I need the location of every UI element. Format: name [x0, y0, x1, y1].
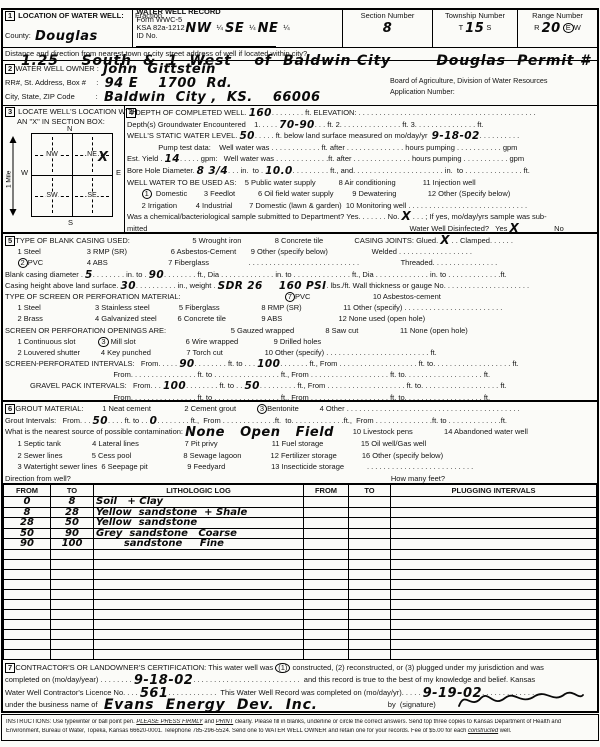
log-to-cell: [51, 639, 94, 649]
section6-grout-material: 6 GROUT MATERIAL: 1 Neat cement 2 Cement…: [3, 402, 597, 484]
printed-text: Water Well Contractor's Licence No. . . …: [5, 688, 140, 697]
plug-to-cell: [349, 639, 391, 649]
plugging-cell: [391, 518, 597, 529]
printed-text: Domestic 3 Feedlot 6 Oil field water sup…: [152, 189, 510, 198]
lithology-cell: [94, 549, 304, 559]
log-from-header: FROM: [4, 485, 51, 497]
printed-text: by (signature): [388, 700, 436, 709]
printed-text: 1 Steel 3 RMP (SR) 6 Asbestos-Cement 9 O…: [5, 247, 472, 256]
plugging-cell: [391, 507, 597, 518]
plug-to-cell: [349, 549, 391, 559]
section1-title: LOCATION OF WATER WELL:: [18, 11, 124, 20]
section6-number-badge: 6: [5, 404, 15, 414]
plug-from-cell: [304, 599, 349, 609]
log-table-row: 90100 sandstone Fine: [4, 539, 597, 550]
plug-from-cell: [304, 539, 349, 550]
section7-number-badge: 7: [5, 663, 15, 673]
form-line: Pump test data: Well water was . . . . .…: [127, 142, 597, 154]
plugging-cell: [391, 579, 597, 589]
printed-text: Casing height above land surface.: [5, 281, 121, 290]
log-table-row: [4, 609, 597, 619]
section6-lines: GROUT MATERIAL: 1 Neat cement 2 Cement g…: [5, 403, 597, 484]
plug-to-cell: [349, 569, 391, 579]
log-table-row: 2850Yellow sandstone: [4, 518, 597, 529]
log-table-row: 828Yellow sandstone + Shale: [4, 507, 597, 518]
plugging-cell: [391, 497, 597, 508]
printed-text: How many feet?: [391, 474, 445, 483]
printed-text: . . . . . . . . . . . . This Water Well …: [168, 688, 422, 697]
business-name-value: Evans Energy Dev. Inc.: [104, 697, 318, 713]
section3-title-line2: AN "X" IN SECTION BOX:: [5, 117, 122, 127]
form-line: WELL'S STATIC WATER LEVEL. 50. . . . . f…: [127, 130, 597, 142]
log-from-cell: [4, 549, 51, 559]
log-to-cell: [51, 609, 94, 619]
printed-text: TYPE OF BLANK CASING USED: 5 Wrought iro…: [5, 236, 440, 245]
printed-text: . . . . . . . . . . in., weight .: [136, 281, 218, 290]
log-to-cell: 8: [51, 497, 94, 508]
form-line: Direction from well?How many feet?: [5, 473, 597, 484]
form-line: 2 Irrigation 4 Industrial 7 Domestic (la…: [127, 200, 597, 212]
plug-to-cell: [349, 609, 391, 619]
printed-text: W: [574, 23, 581, 32]
log-table-row: [4, 579, 597, 589]
casing-weight-value: SDR 26 160 PSI: [218, 280, 327, 292]
lithology-cell: Yellow sandstone: [94, 518, 304, 529]
section-number-value: 8: [345, 20, 430, 37]
form-line: TYPE OF BLANK CASING USED: 5 Wrought iro…: [5, 235, 597, 246]
instructions-lines: INSTRUCTIONS: Use typewriter or ball poi…: [6, 718, 594, 736]
log-from-cell: [4, 609, 51, 619]
printed-text: PVC 4 ABS 7 Fiberglass . . . . . . . . .…: [28, 258, 498, 267]
form-line: Environment, Bureau of Water, Topeka, Ka…: [6, 727, 576, 736]
plug-from-cell: [304, 528, 349, 539]
printed-text: TYPE OF SCREEN OR PERFORATION MATERIAL:: [5, 292, 285, 301]
form-line: GROUT MATERIAL: 1 Neat cement 2 Cement g…: [5, 403, 597, 415]
plugging-cell: [391, 528, 597, 539]
log-to-cell: [51, 589, 94, 599]
log-table-row: [4, 599, 597, 609]
sample-submitted-no-x: X: [401, 209, 410, 223]
log-to-cell: [51, 649, 94, 659]
static-level-date: 9-18-02: [432, 130, 480, 142]
printed-text: Environment, Bureau of Water, Topeka, Ka…: [6, 728, 468, 734]
quadrant-sw-label: SW: [45, 192, 58, 199]
section3-title-line1: LOCATE WELL'S LOCATION WITH: [18, 107, 138, 116]
plugging-cell: [391, 619, 597, 629]
section-number-cell: Section Number 8: [343, 10, 433, 47]
printed-text: CONTRACTOR'S OR LANDOWNER'S CERTIFICATIO…: [5, 663, 275, 672]
static-water-level-value: 50: [239, 130, 254, 142]
section-number-label: Section Number: [345, 11, 430, 20]
plugging-cell: [391, 549, 597, 559]
log-from-cell: 8: [4, 507, 51, 518]
agency-name: Board of Agriculture, Division of Water …: [390, 75, 595, 86]
section4-number-badge: 4: [126, 108, 136, 118]
printed-text: Est. Yield .: [127, 154, 165, 163]
printed-text: . . . . . gpm: Well water was . . . . . …: [180, 154, 524, 163]
printed-text: completed on (mo/day/year) . . . . . . .…: [5, 675, 134, 684]
log-from-cell: [4, 589, 51, 599]
water-well-record-form: WATER WELL RECORD Form WWC-5 KSA 82a-121…: [0, 0, 600, 747]
form-line: INSTRUCTIONS: Use typewriter or ball poi…: [6, 718, 576, 727]
printed-text: 1 Steel 3 Stainless steel 5 Fiberglass 8…: [5, 303, 502, 312]
form-line: TYPE OF SCREEN OR PERFORATION MATERIAL: …: [5, 291, 597, 302]
printed-text: 1 Septic tank 4 Lateral lines 7 Pit priv…: [5, 439, 426, 448]
section-number-value: 8: [383, 21, 393, 36]
plug-to-cell: [349, 507, 391, 518]
section-box-diagram: NW NE SW SE X: [31, 133, 113, 217]
lithologic-log-header: LITHOLOGIC LOG: [94, 485, 304, 497]
plugging-cell: [391, 559, 597, 569]
printed-text: . . . . . ft. below land surface measure…: [255, 131, 432, 140]
one-mile-label: 1 Mile: [6, 170, 13, 188]
address-label: RR#, St. Address, Box # :: [5, 78, 105, 87]
log-to-cell: [51, 619, 94, 629]
location-title-cell: 1LOCATION OF WATER WELL: County: Douglas: [3, 10, 133, 47]
printed-text: WELL'S STATIC WATER LEVEL.: [127, 131, 239, 140]
section4-well-details: 4 DEPTH OF COMPLETED WELL. 160. . . . . …: [125, 106, 597, 232]
printed-text: INSTRUCTIONS: Use typewriter or ball poi…: [6, 719, 136, 725]
form-line: 1 Steel 3 Stainless steel 5 Fiberglass 8…: [5, 302, 597, 313]
form-line: Depth(s) Groundwater Encountered 1. . . …: [127, 119, 597, 131]
form-header: WATER WELL RECORD Form WWC-5 KSA 82a-121…: [0, 0, 600, 8]
section7-certification: 7 CONTRACTOR'S OR LANDOWNER'S CERTIFICAT…: [3, 659, 597, 711]
plug-to-cell: [349, 589, 391, 599]
lithology-cell: Yellow sandstone + Shale: [94, 507, 304, 518]
log-to-cell: 50: [51, 518, 94, 529]
printed-text: Direction from well?: [5, 474, 71, 483]
printed-text: . . . . . . . . ft. ELEVATION: . . . . .…: [272, 108, 536, 117]
log-from-cell: [4, 629, 51, 639]
lithology-cell: [94, 649, 304, 659]
log-from-cell: [4, 649, 51, 659]
lithology-cell: [94, 629, 304, 639]
compass-south-label: S: [68, 218, 73, 227]
section1-number-badge: 1: [5, 11, 15, 21]
fraction-quarter-3: NE: [258, 21, 284, 36]
township-value: 15: [465, 21, 484, 36]
compass-east-label: E: [116, 168, 121, 177]
form-line: Was a chemical/bacteriological sample su…: [127, 211, 597, 223]
fraction-cell: Fraction NW ¼ SE ¼ NE ¼: [133, 10, 343, 47]
printed-text: SCREEN OR PERFORATION OPENINGS ARE: 5 Ga…: [5, 326, 468, 335]
casing-joints-glued-x: X: [440, 234, 449, 247]
log-from-cell: [4, 559, 51, 569]
disinfected-yes-x: X: [509, 221, 518, 232]
printed-text: Bentonite 4 Other . . . . . . . . . . . …: [267, 404, 520, 413]
printed-text: S: [484, 23, 491, 32]
plug-from-cell: [304, 609, 349, 619]
lithology-cell: [94, 569, 304, 579]
plug-from-cell: [304, 579, 349, 589]
printed-text: County:: [5, 31, 35, 40]
plug-from-cell: [304, 507, 349, 518]
form-line: 1 Septic tank 4 Lateral lines 7 Pit priv…: [5, 438, 597, 450]
printed-text: . . . . . . . . ft., From . . . . . . . …: [157, 416, 507, 425]
printed-text: GRAVEL PACK INTERVALS: From. . .: [5, 381, 163, 390]
printed-text: DEPTH OF COMPLETED WELL.: [127, 108, 249, 117]
fraction-value: NW ¼ SE ¼ NE ¼: [135, 20, 340, 37]
log-to-header: TO: [51, 485, 94, 497]
printed-text: Grout Intervals: From. . .: [5, 416, 93, 425]
printed-text: . . . in. to .: [228, 166, 265, 175]
quadrant-ne-label: NE: [86, 151, 98, 158]
application-number-label: Application Number:: [390, 86, 595, 97]
form-line: Casing height above land surface. 30. . …: [5, 280, 597, 291]
contractor-signature: [455, 688, 585, 712]
log-table-row: 5090Grey sandstone Coarse: [4, 528, 597, 539]
log-table-row: [4, 549, 597, 559]
plug-from-cell: [304, 549, 349, 559]
log-table-header-row: FROM TO LITHOLOGIC LOG FROM TO PLUGGING …: [4, 485, 597, 497]
log-table-row: 08Soil + Clay: [4, 497, 597, 508]
sections-3-and-4-row: 3LOCATE WELL'S LOCATION WITH AN "X" IN S…: [3, 106, 597, 234]
printed-text: . . . ; If yes, mo/day/yrs sample was su…: [411, 212, 547, 221]
lithologic-log-table: FROM TO LITHOLOGIC LOG FROM TO PLUGGING …: [3, 484, 597, 659]
form-line: 2 Sewer lines 5 Cess pool 8 Sewage lagoo…: [5, 450, 597, 462]
plugging-cell: [391, 569, 597, 579]
log-table-row: [4, 649, 597, 659]
printed-text: under the business name of: [5, 700, 104, 709]
range-value: R 20 EW: [520, 20, 595, 37]
form-line: SCREEN-PERFORATED INTERVALS: From. . . .…: [5, 358, 597, 369]
address-value: 94 E 1700 Rd.: [105, 76, 233, 91]
bore-hole-depth-value: 10.0: [265, 165, 293, 177]
printed-text: . . . . . . . . ft., Dia . . . . . . . .…: [164, 270, 507, 279]
form-line: DEPTH OF COMPLETED WELL. 160. . . . . . …: [127, 107, 597, 119]
form-line: RR#, St. Address, Box # : 94 E 1700 Rd.: [5, 76, 390, 90]
printed-text: PVC 10 Asbestos-cement: [295, 292, 441, 301]
township-value: T 15 S: [435, 20, 515, 37]
plug-from-cell: [304, 629, 349, 639]
printed-text: [5, 258, 18, 267]
section1-location-of-well: 1LOCATION OF WATER WELL: County: Douglas…: [3, 10, 597, 48]
form-line: 1 Steel 3 RMP (SR) 6 Asbestos-Cement 9 O…: [5, 246, 597, 257]
log-to-cell: [51, 559, 94, 569]
lithology-cell: [94, 609, 304, 619]
fraction-quarter-1: NW: [185, 21, 216, 36]
printed-text: SCREEN-PERFORATED INTERVALS: From. . . .…: [5, 359, 179, 368]
plug-from-cell: [304, 619, 349, 629]
form-line: From. . . . . . . . . . . . . . . . ft. …: [5, 392, 597, 402]
printed-text: . . . . . . . . . ft., From . . . . . . …: [260, 381, 507, 390]
range-label: Range Number: [520, 11, 595, 20]
printed-text: Bore Hole Diameter.: [127, 166, 197, 175]
form-line: Blank casing diameter . 5. . . . . . . .…: [5, 269, 597, 280]
log-from-cell: [4, 579, 51, 589]
printed-text: . . . . . . . ft., From . . . . . . . . …: [280, 359, 518, 368]
range-value: 20: [542, 21, 561, 36]
section4-lines: DEPTH OF COMPLETED WELL. 160. . . . . . …: [127, 107, 597, 232]
printed-text: and: [203, 719, 216, 725]
form-line: City, State, ZIP Code : Baldwin City , K…: [5, 90, 390, 104]
range-number-cell: Range Number R 20 EW: [518, 10, 597, 47]
lithology-cell: [94, 619, 304, 629]
bore-hole-diameter-value: 8 3/4: [197, 165, 228, 177]
printed-text: . . . . . . . . ft. to . . .: [195, 359, 258, 368]
printed-text: What is the nearest source of possible c…: [5, 427, 185, 436]
plugging-cell: [391, 649, 597, 659]
plug-from-cell: [304, 639, 349, 649]
printed-text: well.: [498, 728, 511, 734]
city-state-zip-value: Baldwin City , KS. 66006: [104, 90, 321, 105]
section3-locate-well: 3LOCATE WELL'S LOCATION WITH AN "X" IN S…: [3, 106, 125, 232]
printed-text: 2 Sewer lines 5 Cess pool 8 Sewage lagoo…: [5, 451, 443, 460]
blank-casing-pvc-circled: 2: [18, 258, 28, 268]
lithology-cell: Grey sandstone Coarse: [94, 528, 304, 539]
printed-text: . . . . . . . . . . . . . . . . . . . . …: [193, 675, 535, 684]
fraction-quarter-2: SE: [225, 21, 249, 36]
plugging-cell: [391, 599, 597, 609]
printed-text: From. . . . . . . . . . . . . . . . ft. …: [5, 393, 490, 402]
quadrant-nw-label: NW: [45, 151, 59, 158]
log-from-cell: [4, 639, 51, 649]
compass-north-label: N: [67, 124, 72, 133]
log-from-cell: [4, 569, 51, 579]
form-line: From. . . . . . . . . . . . . . . . ft. …: [5, 369, 597, 380]
quadrant-se: SE: [72, 175, 112, 216]
printed-text: . . . ft. 2. . . . . . . . . . . . . . .…: [315, 120, 484, 129]
log-to-cell: [51, 579, 94, 589]
lithology-cell: Soil + Clay: [94, 497, 304, 508]
constructed-circled: (1): [275, 663, 290, 673]
plug-to-header: TO: [349, 485, 391, 497]
printed-text: ¼: [217, 23, 225, 32]
plug-to-cell: [349, 599, 391, 609]
printed-text: Was a chemical/bacteriological sample su…: [127, 212, 401, 221]
estimated-yield-value: 14: [165, 153, 180, 165]
form-body: 1LOCATION OF WATER WELL: County: Douglas…: [1, 8, 599, 713]
printed-text: constructed: [468, 728, 498, 734]
log-table-row: [4, 589, 597, 599]
printed-text: No: [519, 224, 564, 232]
printed-text: mitted: [127, 224, 147, 232]
log-to-cell: [51, 599, 94, 609]
casing-height-value: 30: [121, 280, 136, 292]
printed-text: Water Well Disinfected? Yes: [409, 224, 509, 232]
log-table-area: FROM TO LITHOLOGIC LOG FROM TO PLUGGING …: [3, 484, 597, 659]
printed-text: constructed, (2) reconstructed, or (3) p…: [290, 663, 543, 672]
form-line: WELL WATER TO BE USED AS: 5 Public water…: [127, 177, 597, 189]
lithology-cell: [94, 599, 304, 609]
plugging-cell: [391, 629, 597, 639]
well-location-x-mark: X: [98, 150, 108, 165]
printed-text: ¼: [283, 23, 289, 32]
printed-text: 2 Brass 4 Galvanized steel 6 Concrete ti…: [5, 314, 425, 323]
printed-text: . lbs./ft. Wall thickness or gauge No. .…: [326, 281, 529, 290]
log-from-cell: 50: [4, 528, 51, 539]
plugging-cell: [391, 539, 597, 550]
plug-to-cell: [349, 649, 391, 659]
form-line: Est. Yield . 14. . . . . gpm: Well water…: [127, 153, 597, 165]
printed-text: 10 Livestock pens 14 Abandoned water wel…: [334, 427, 528, 436]
plug-to-cell: [349, 539, 391, 550]
log-to-cell: [51, 569, 94, 579]
lithology-cell: [94, 589, 304, 599]
lithology-cell: [94, 559, 304, 569]
quadrant-nw: NW: [32, 134, 72, 175]
printed-text: . . . . . . . . in. to .: [93, 270, 149, 279]
plug-from-cell: [304, 518, 349, 529]
one-mile-arrow: 1 Mile: [6, 136, 20, 216]
printed-text: From. . . . . . . . . . . . . . . . ft. …: [5, 370, 490, 379]
printed-text: ¼: [249, 23, 257, 32]
log-to-cell: 100: [51, 539, 94, 550]
compass-west-label: W: [21, 168, 28, 177]
form-line: SCREEN OR PERFORATION OPENINGS ARE: 5 Ga…: [5, 325, 597, 336]
quadrant-se-label: SE: [86, 192, 97, 199]
section5-lines: TYPE OF BLANK CASING USED: 5 Wrought iro…: [5, 235, 597, 402]
plug-to-cell: [349, 579, 391, 589]
range-east-circled: E: [563, 23, 574, 33]
log-table-row: [4, 629, 597, 639]
log-table-row: [4, 639, 597, 649]
form-line: completed on (mo/day/year) . . . . . . .…: [5, 674, 597, 686]
gravel-interval-to: 50: [244, 380, 259, 392]
section2-number-badge: 2: [5, 64, 15, 74]
city-label: City, State, ZIP Code :: [5, 92, 104, 101]
form-line: 1 Domestic 3 Feedlot 6 Oil field water s…: [127, 188, 597, 200]
printed-text: 2 Louvered shutter 4 Key punched 7 Torch…: [5, 348, 437, 357]
township-number-cell: Township Number T 15 S: [433, 10, 518, 47]
plug-to-cell: [349, 629, 391, 639]
plugging-cell: [391, 609, 597, 619]
form-line: 2PVC 4 ABS 7 Fiberglass . . . . . . . . …: [5, 257, 597, 268]
log-to-cell: 28: [51, 507, 94, 518]
groundwater-depth-1: 70-90: [279, 119, 315, 131]
form-line: 1 Continuous slot 3 Mill slot 6 Wire wra…: [5, 336, 597, 347]
printed-text: . . . . . . . . . ft., and. . . . . . . …: [293, 166, 530, 175]
screen-interval-from: 90: [179, 358, 194, 370]
printed-text: 3 Watertight sewer lines 6 Seepage pit 9…: [5, 462, 473, 471]
printed-text: . . . . ft. to . .: [108, 416, 150, 425]
printed-text: WELL WATER TO BE USED AS: 5 Public water…: [127, 178, 476, 187]
quadrant-sw: SW: [32, 175, 72, 216]
section5-number-badge: 5: [5, 236, 15, 246]
plug-from-cell: [304, 497, 349, 508]
distance-value: 1.25 South & 1 West of Baldwin City Doug…: [21, 53, 599, 69]
plugging-cell: [391, 589, 597, 599]
plug-to-cell: [349, 518, 391, 529]
printed-text: R: [534, 23, 542, 32]
form-line: 2 Brass 4 Galvanized steel 6 Concrete ti…: [5, 313, 597, 324]
grout-interval-from: 50: [93, 415, 108, 427]
plug-from-cell: [304, 649, 349, 659]
openings-mill-slot-circled: 3: [98, 337, 108, 347]
instructions-box: INSTRUCTIONS: Use typewriter or ball poi…: [1, 714, 599, 741]
log-table-body: 08Soil + Clay828Yellow sandstone + Shale…: [4, 497, 597, 660]
printed-text: Depth(s) Groundwater Encountered 1. . . …: [127, 120, 279, 129]
grout-bentonite-circled: 3: [257, 404, 267, 414]
screen-pvc-circled: 7: [285, 292, 295, 302]
printed-text: PLEASE PRESS FIRMLY: [136, 719, 202, 725]
log-table-row: [4, 619, 597, 629]
plug-to-cell: [349, 497, 391, 508]
log-to-cell: [51, 629, 94, 639]
lithology-cell: [94, 579, 304, 589]
township-label: Township Number: [435, 11, 515, 20]
printed-text: PRINT: [216, 719, 233, 725]
log-from-cell: [4, 619, 51, 629]
plug-from-cell: [304, 589, 349, 599]
log-from-cell: 90: [4, 539, 51, 550]
printed-text: GROUT MATERIAL: 1 Neat cement 2 Cement g…: [5, 404, 257, 413]
log-table-row: [4, 559, 597, 569]
section3-number-badge: 3: [5, 107, 15, 117]
printed-text: . . Clamped. . . . . .: [450, 236, 513, 245]
distance-direction-row: Distance and direction from nearest town…: [3, 48, 597, 61]
plug-to-cell: [349, 528, 391, 539]
